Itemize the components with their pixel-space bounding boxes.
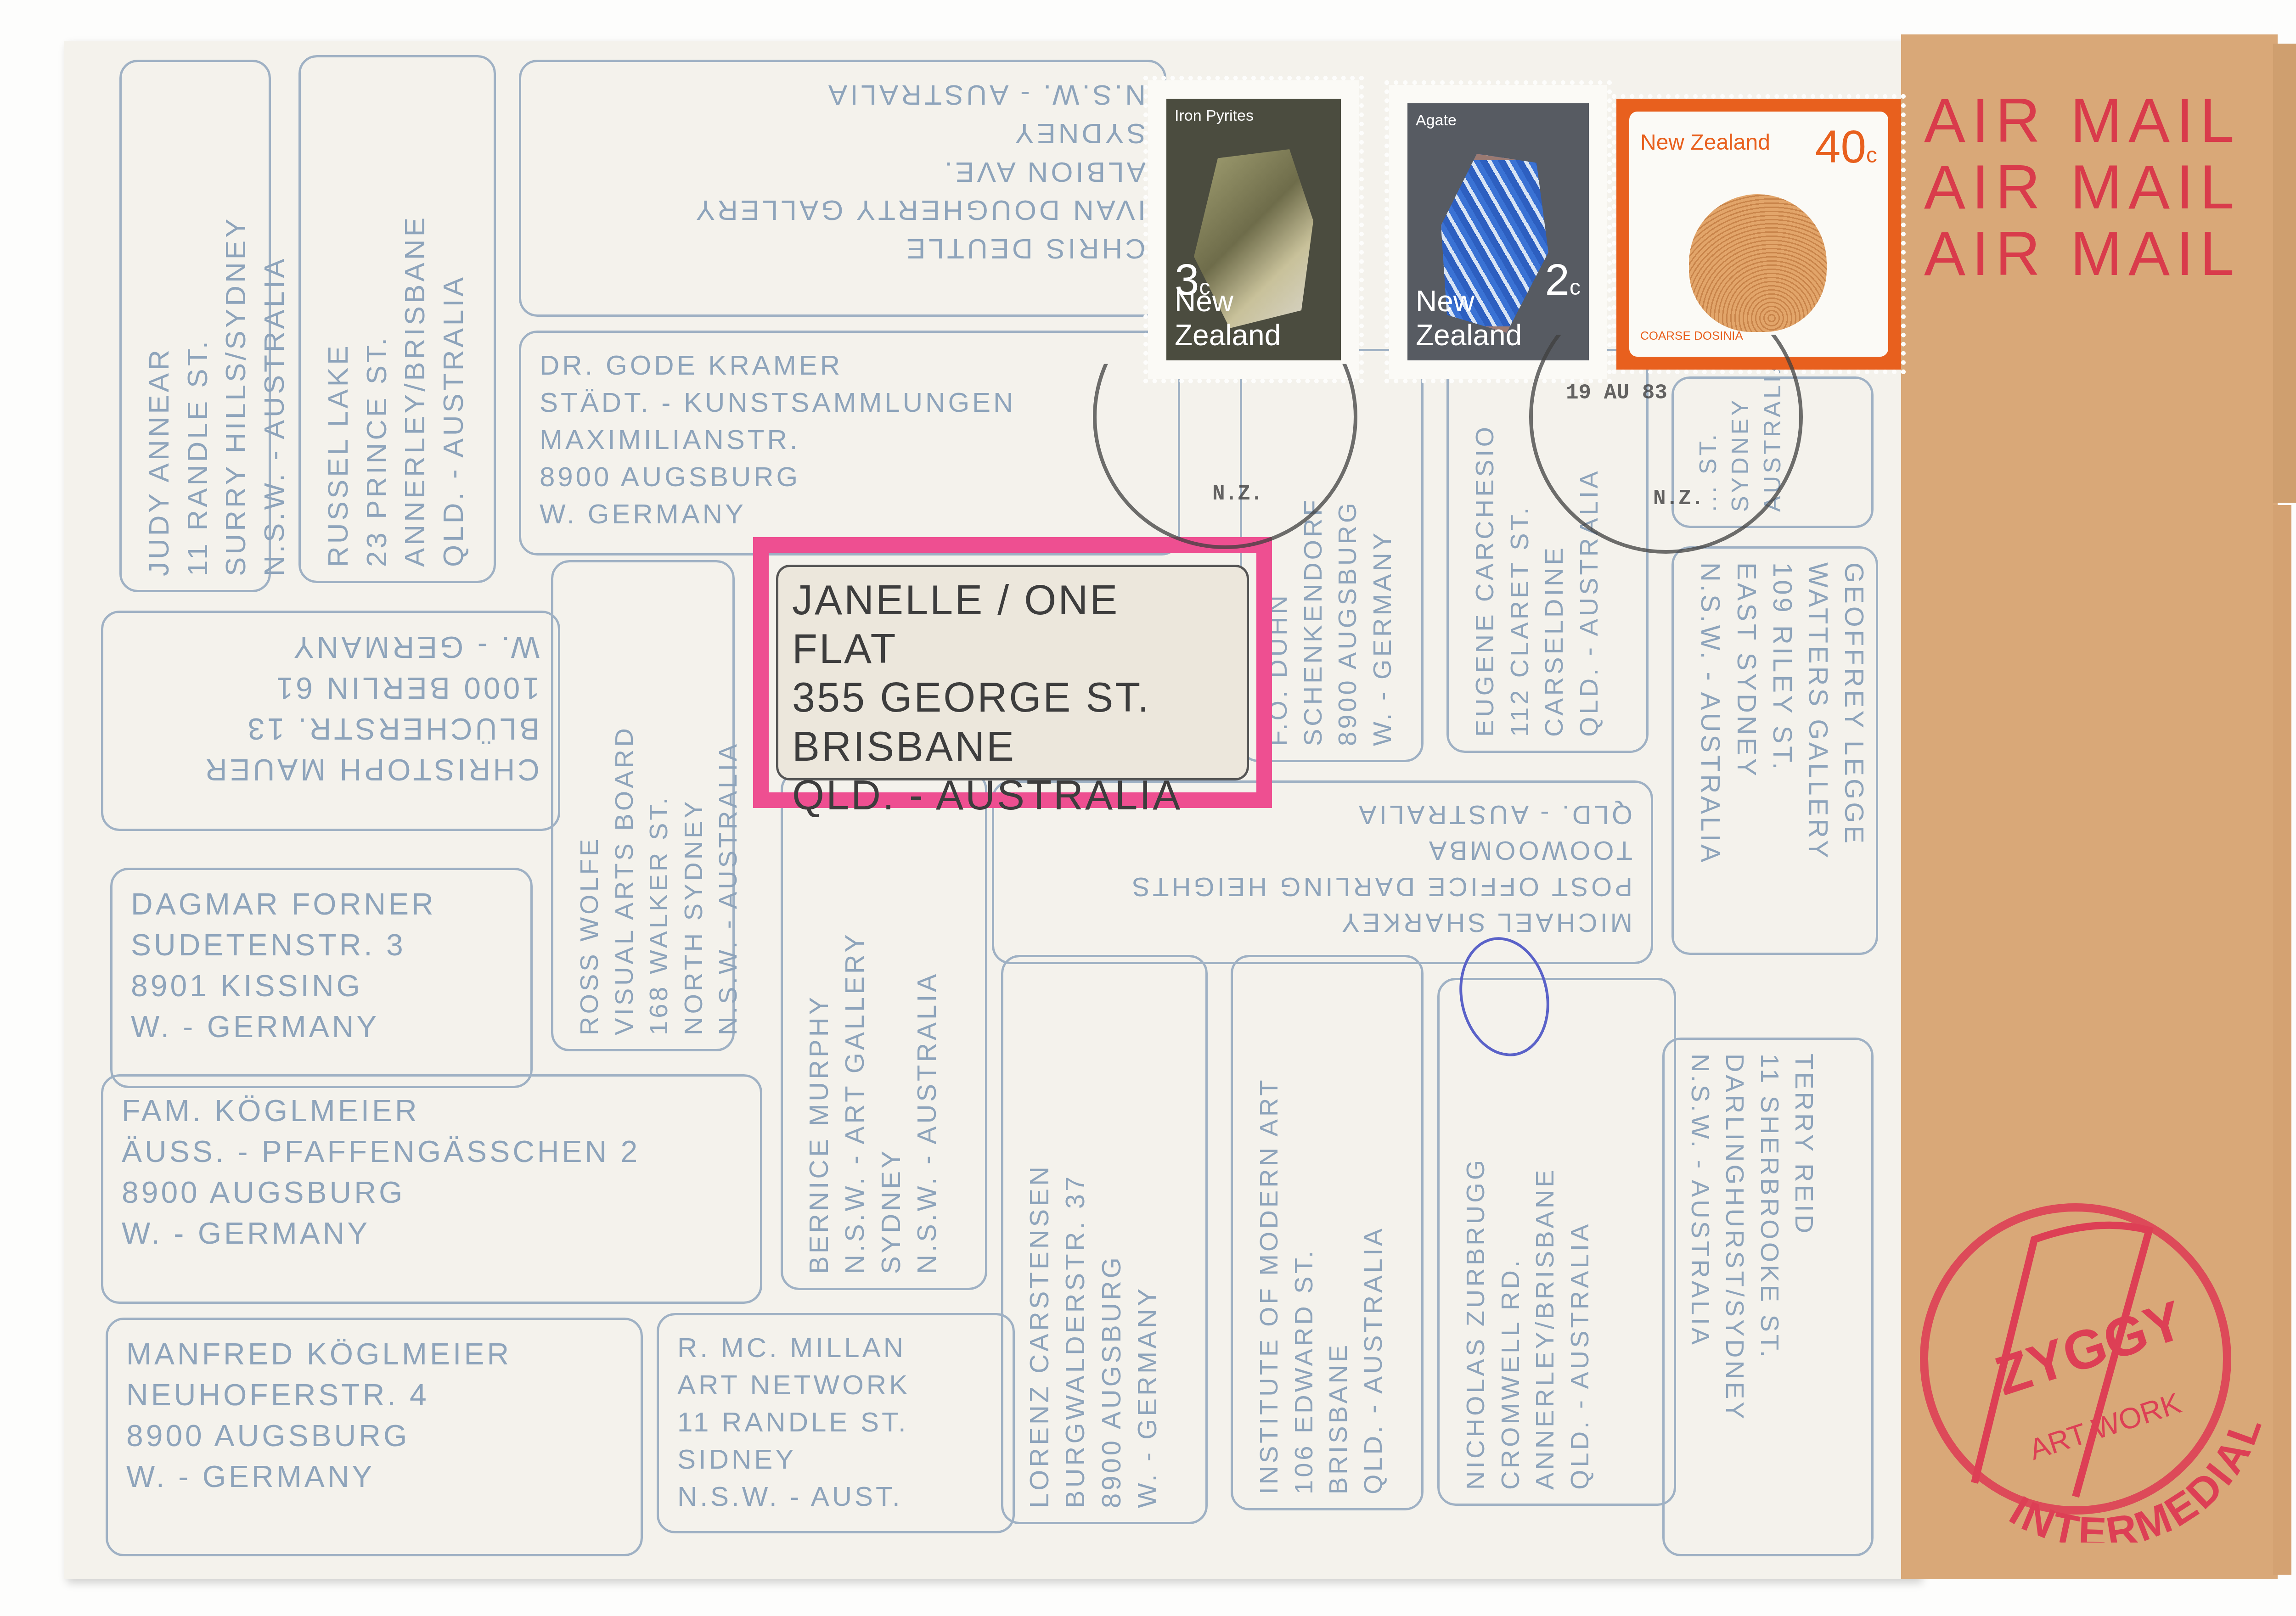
address-line: 8900 AUGSBURG xyxy=(122,1172,742,1213)
address-line: TERRY REID xyxy=(1787,1054,1822,1540)
address-line: BURGWALDERSTR. 37 xyxy=(1058,971,1093,1508)
address-line: DARLINGHURST/SYDNEY xyxy=(1718,1054,1753,1540)
address-box-geoffrey: GEOFFREY LEGGEWATTERS GALLERY109 RILEY S… xyxy=(1671,546,1878,955)
address-line: 11 RANDLE ST. xyxy=(677,1403,994,1441)
address-line: QLD. - AUSTRALIA xyxy=(1562,994,1597,1490)
address-line: LORENZ CARSTENSEN xyxy=(1022,971,1058,1508)
address-line: SYDNEY xyxy=(540,114,1146,153)
postmark-country: N.Z. xyxy=(1653,487,1704,511)
address-box-manfred: MANFRED KÖGLMEIERNEUHOFERSTR. 48900 AUGS… xyxy=(106,1318,643,1556)
address-box-institute: INSTITUTE OF MODERN ART106 EDWARD ST.BRI… xyxy=(1231,955,1424,1510)
recipient-line: JANELLE / ONE FLAT xyxy=(792,576,1233,673)
address-line: CHRISTOPH MAUER xyxy=(122,749,540,790)
address-line: N.S.W. - AUSTRALIA xyxy=(1692,562,1728,939)
address-line: N.S.W. - AUSTRALIA xyxy=(540,76,1146,114)
address-box-judy: JUDY ANNEAR11 RANDLE ST.SURRY HILLS/SYDN… xyxy=(119,60,271,592)
address-line: N.S.W. - AUSTRALIA xyxy=(909,787,945,1274)
address-box-russel: RUSSEL LAKE23 PRINCE ST.ANNERLEY/BRISBAN… xyxy=(298,55,496,583)
address-line: ANNERLEY/BRISBANE xyxy=(396,71,434,567)
address-line: BRISBANE xyxy=(1321,971,1356,1494)
address-line: N.S.W. - ART GALLERY xyxy=(837,787,873,1274)
address-line: INSTITUTE OF MODERN ART xyxy=(1251,971,1286,1494)
stamp-title: Agate xyxy=(1416,112,1457,129)
address-line: N.S.W. - AUST. xyxy=(677,1478,994,1515)
address-line: W. - GERMANY xyxy=(122,1213,742,1254)
address-line: W. - GERMANY xyxy=(131,1006,512,1047)
address-box-ross: ROSS WOLFEVISUAL ARTS BOARD168 WALKER ST… xyxy=(551,560,735,1051)
address-line: R. MC. MILLAN xyxy=(677,1329,994,1366)
address-line: EAST SYDNEY xyxy=(1728,562,1764,939)
address-line: RUSSEL LAKE xyxy=(319,71,358,567)
flap-edge xyxy=(2273,505,2291,1575)
address-line: ALBION AVE. xyxy=(540,152,1146,191)
address-line: 109 RILEY ST. xyxy=(1764,562,1800,939)
recipient-line: BRISBANE xyxy=(792,723,1233,771)
address-line: POST OFFICE DARLING HEIGHTS xyxy=(1013,869,1632,904)
address-line: N.S.W. - AUSTRALIA xyxy=(1683,1054,1718,1540)
address-line: SIDNEY xyxy=(677,1441,994,1478)
address-line: 1000 BERLIN 61 xyxy=(122,668,540,708)
address-box-forner: DAGMAR FORNERSUDETENSTR. 38901 KISSINGW.… xyxy=(110,868,533,1088)
address-line: W. - GERMANY xyxy=(126,1456,622,1497)
address-line: NEUHOFERSTR. 4 xyxy=(126,1375,622,1415)
address-box-koglmeier-fam: FAM. KÖGLMEIERÄUSS. - PFAFFENGÄSSCHEN 28… xyxy=(101,1074,762,1304)
address-line: 8900 AUGSBURG xyxy=(126,1415,622,1456)
address-line: SYDNEY xyxy=(873,787,909,1274)
address-line: MAXIMILIANSTR. xyxy=(540,421,1159,458)
stamp-value: 40c xyxy=(1815,121,1877,174)
address-line: 8900 AUGSBURG xyxy=(1094,971,1130,1508)
airmail-label: AIR MAIL xyxy=(1924,218,2241,289)
address-line: ANNERLEY/BRISBANE xyxy=(1527,994,1562,1490)
address-box-chris: CHRIS DEUTLEIVAN DOUGHERTY GALLERYALBION… xyxy=(519,60,1166,317)
address-line: VISUAL ARTS BOARD xyxy=(607,576,642,1035)
address-line: FAM. KÖGLMEIER xyxy=(122,1090,742,1131)
address-line: 106 EDWARD ST. xyxy=(1286,971,1321,1494)
postmark-country: N.Z. xyxy=(1212,482,1263,506)
address-box-bernice: BERNICE MURPHYN.S.W. - ART GALLERYSYDNEY… xyxy=(781,771,987,1290)
recipient-line: QLD. - AUSTRALIA xyxy=(792,771,1233,820)
address-box-mauer: CHRISTOPH MAUERBLÜCHERSTR. 131000 BERLIN… xyxy=(101,611,560,831)
address-box-terry: TERRY REID11 SHERBROOKE ST.DARLINGHURST/… xyxy=(1662,1038,1874,1556)
address-line: QLD. - AUSTRALIA xyxy=(434,71,473,567)
address-line: 168 WALKER ST. xyxy=(641,576,676,1035)
address-line: N.S.W. - AUSTRALIA xyxy=(710,576,745,1035)
address-line: NICHOLAS ZURBRUGG xyxy=(1458,994,1493,1490)
stamp-agate: Agate 2c New Zealand xyxy=(1389,85,1607,379)
recipient-line: 355 GEORGE ST. xyxy=(792,673,1233,722)
stamp-iron-pyrites: Iron Pyrites 3c New Zealand xyxy=(1148,80,1359,379)
shell-illustration xyxy=(1689,194,1827,332)
address-line: W. - GERMANY xyxy=(122,627,540,668)
address-line: CROMWELL RD. xyxy=(1493,994,1528,1490)
airmail-label: AIR MAIL xyxy=(1924,85,2241,156)
address-line: W. - GERMANY xyxy=(1365,365,1400,746)
address-line: BERNICE MURPHY xyxy=(801,787,837,1274)
address-line: STÄDT. - KUNSTSAMMLUNGEN xyxy=(540,384,1159,421)
address-box-lorenz: LORENZ CARSTENSENBURGWALDERSTR. 378900 A… xyxy=(1001,955,1208,1524)
address-line: DAGMAR FORNER xyxy=(131,884,512,925)
address-line: N.S.W. - AUSTRALIA xyxy=(255,76,294,576)
stamp-country: New Zealand xyxy=(1640,130,1770,155)
address-line: NORTH SYDNEY xyxy=(676,576,711,1035)
address-line: ART NETWORK xyxy=(677,1366,994,1403)
address-line: W. GERMANY xyxy=(540,495,1159,533)
torn-flap xyxy=(2273,44,2296,503)
recipient-address-label: JANELLE / ONE FLAT 355 GEORGE ST. BRISBA… xyxy=(776,565,1249,780)
stamp-coarse-dosinia: New Zealand 40c COARSE DOSINIA xyxy=(1616,99,1901,370)
stamp-country: New Zealand xyxy=(1175,284,1341,352)
address-line: IVAN DOUGHERTY GALLERY xyxy=(540,191,1146,230)
address-line: 11 SHERBROOKE ST. xyxy=(1752,1054,1787,1540)
address-line: 11 RANDLE ST. xyxy=(179,76,217,576)
address-box-nicholas: NICHOLAS ZURBRUGGCROMWELL RD.ANNERLEY/BR… xyxy=(1437,978,1676,1506)
address-line: WATTERS GALLERY xyxy=(1800,562,1836,939)
address-line: SUDETENSTR. 3 xyxy=(131,925,512,965)
airmail-label: AIR MAIL xyxy=(1924,151,2241,223)
address-line: MANFRED KÖGLMEIER xyxy=(126,1334,622,1375)
address-line: SURRY HILLS/SYDNEY xyxy=(217,76,255,576)
address-line: MICHAEL SHARKEY xyxy=(1013,904,1632,940)
zyggy-intermedial-stamp: ZYGGY ART WORK INTERMEDIAL xyxy=(1892,1166,2268,1543)
address-line: EUGENE CARCHESIO xyxy=(1467,365,1502,737)
address-line: 8901 KISSING xyxy=(131,965,512,1006)
address-line: ROSS WOLFE xyxy=(572,576,607,1035)
address-line: DR. GODE KRAMER xyxy=(540,347,1159,384)
address-box-kramer: DR. GODE KRAMERSTÄDT. - KUNSTSAMMLUNGENM… xyxy=(519,331,1180,555)
address-line: 8900 AUGSBURG xyxy=(540,458,1159,495)
address-line: GEOFFREY LEGGE xyxy=(1836,562,1872,939)
address-line: BLÜCHERSTR. 13 xyxy=(122,708,540,749)
address-line: QLD. - AUSTRALIA xyxy=(1356,971,1390,1494)
address-line: CHRIS DEUTLE xyxy=(540,230,1146,268)
address-line: TOOWOOMBA xyxy=(1013,832,1632,868)
address-line: ÄUSS. - PFAFFENGÄSSCHEN 2 xyxy=(122,1131,742,1172)
address-line: W. - GERMANY xyxy=(1130,971,1165,1508)
address-line: 23 PRINCE ST. xyxy=(358,71,396,567)
stamp-title: Iron Pyrites xyxy=(1175,107,1254,125)
address-line: JUDY ANNEAR xyxy=(140,76,179,576)
postmark-date: 19 AU 83 xyxy=(1566,381,1667,405)
address-box-mcmillan: R. MC. MILLANART NETWORK11 RANDLE ST.SID… xyxy=(657,1313,1015,1533)
